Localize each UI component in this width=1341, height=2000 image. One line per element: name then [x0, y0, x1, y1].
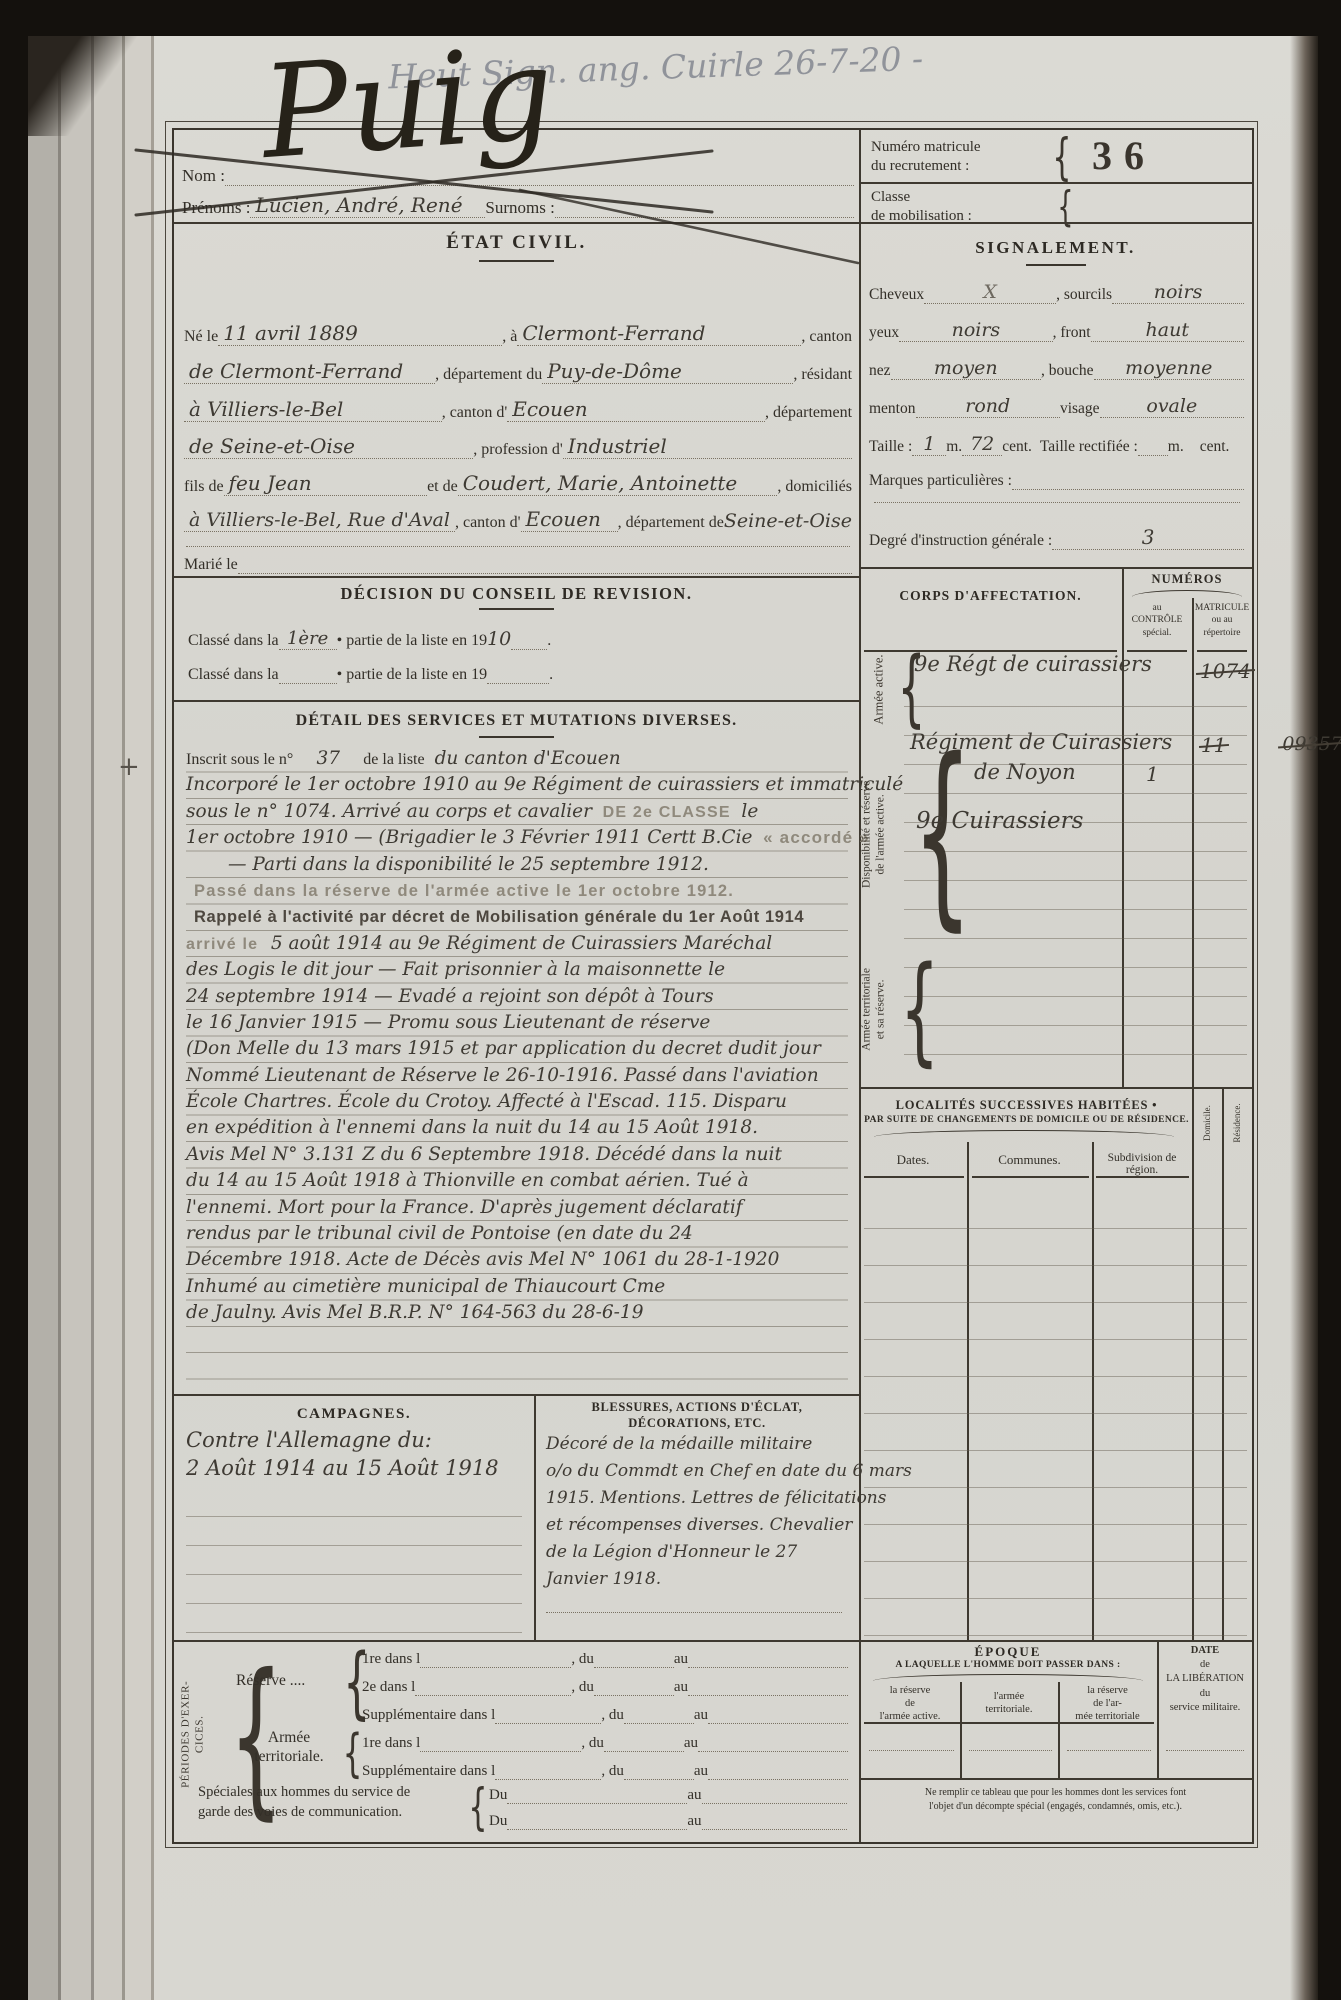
taille-row: Taille : 1 m. 72 cent. Taille rectifiée …	[869, 428, 1244, 456]
residence-value: à Villiers-le-Bel	[184, 397, 442, 422]
classement-row-1: Classé dans la 1ère • partie de la liste…	[188, 622, 748, 650]
residence-canton-value: Ecouen	[507, 397, 765, 422]
localites-brace	[874, 1130, 1174, 1138]
label: , canton	[801, 328, 852, 346]
label: nez	[869, 362, 891, 380]
hline	[864, 1722, 1154, 1724]
label: au	[674, 1651, 688, 1668]
blank-line	[186, 528, 850, 547]
epoque-subtitle: A LAQUELLE L'HOMME DOIT PASSER DANS :	[859, 1660, 1157, 1670]
label: , du	[571, 1679, 594, 1696]
label: .	[547, 632, 551, 650]
line	[507, 1829, 687, 1830]
residence-row: à Villiers-le-Bel , canton d' Ecouen , d…	[184, 394, 852, 422]
father-value: feu Jean	[224, 471, 428, 496]
label: au	[687, 1813, 701, 1830]
campagnes-line-2: 2 Août 1914 au 15 Août 1918	[186, 1456, 499, 1480]
blessures-subtitle: DÉCORATIONS, ETC.	[536, 1416, 858, 1431]
label: Taille :	[869, 438, 912, 456]
header-bottom-line	[174, 222, 1252, 224]
label: Du	[489, 1787, 507, 1804]
reserve-row-3: Supplémentaire dans l , du au	[362, 1700, 848, 1724]
service-line: en expédition à l'ennemi dans la nuit du…	[186, 1115, 848, 1141]
service-line: École Chartres. École du Crotoy. Affecté…	[186, 1089, 848, 1115]
label: , sourcils	[1056, 286, 1112, 304]
reserve-label: Réserve ....	[236, 1672, 305, 1690]
inscrit-num-value: 37	[293, 746, 363, 772]
epoque-col-3: la réservede l'ar-mée territoriale	[1060, 1684, 1155, 1723]
line	[698, 1751, 848, 1752]
line	[420, 1751, 581, 1752]
book-page-edges	[28, 36, 58, 2000]
line	[420, 1667, 571, 1668]
label: de la liste	[363, 747, 424, 773]
line	[624, 1779, 694, 1780]
residence-col-label: Résidence.	[1232, 1091, 1242, 1155]
title-dash	[1026, 264, 1086, 266]
right-shadow	[1290, 36, 1318, 2000]
campagnes-title: CAMPAGNES.	[174, 1406, 534, 1423]
surnoms-label: Surnoms :	[485, 198, 554, 218]
decision-title: DÉCISION DU CONSEIL DE REVISION.	[174, 584, 859, 604]
page-edge	[61, 36, 91, 2000]
territoriale-label: Arméeterritoriale.	[234, 1728, 344, 1767]
reserve-row-2: 2e dans l , du au	[362, 1672, 848, 1696]
blank-cell	[869, 1738, 954, 1751]
hline	[864, 1176, 964, 1178]
label: 1re dans l	[362, 1735, 420, 1752]
service-line: des Logis le dit jour — Fait prisonnier …	[186, 957, 848, 983]
territoriale-row-2: Supplémentaire dans l , du au	[362, 1756, 848, 1780]
controle-11: 11	[1201, 733, 1226, 757]
birth-date-value: 11 avril 1889	[218, 321, 502, 346]
stamp-mobilisation: Rappelé à l'activité par décret de Mobil…	[186, 904, 848, 930]
label: 1re dans l	[362, 1651, 420, 1668]
label: , profession d'	[473, 441, 563, 459]
services-text: Inscrit sous le n° 37 de la liste du can…	[186, 746, 848, 1394]
hline	[174, 700, 859, 702]
parents-row: fils de feu Jean et de Coudert, Marie, A…	[184, 468, 852, 496]
label: Inscrit sous le n°	[186, 747, 293, 773]
nez-value: moyen	[891, 357, 1041, 380]
label: Marié le	[184, 556, 238, 574]
label: Degré d'instruction générale :	[869, 532, 1052, 550]
label: , du	[581, 1735, 604, 1752]
prenoms-row: Prénoms : Lucien, André, René Surnoms :	[182, 188, 854, 218]
campagnes-blank-rules	[186, 1488, 522, 1634]
label: menton	[869, 400, 916, 418]
blessures-line: de la Légion d'Honneur le 27	[546, 1542, 797, 1562]
page-edge	[94, 36, 122, 2000]
label: , front	[1053, 324, 1091, 342]
campagnes-line-1: Contre l'Allemagne du:	[186, 1428, 432, 1452]
hline	[859, 1778, 1252, 1780]
service-line: Incorporé le 1er octobre 1910 au 9e Régi…	[186, 772, 848, 798]
matricule-09357: 09357	[1282, 733, 1341, 755]
text: le	[741, 801, 758, 822]
label: Né le	[184, 328, 218, 346]
visage-value: ovale	[1100, 395, 1244, 418]
service-line: du 14 au 15 Août 1918 à Thionville en co…	[186, 1168, 848, 1194]
brace-icon: {	[900, 951, 939, 1069]
text: sous le n° 1074. Arrivé au corps et cava…	[186, 801, 592, 822]
hline	[972, 1176, 1089, 1178]
text: 1er octobre 1910 — (Brigadier le 3 Févri…	[186, 827, 752, 848]
label: , à	[502, 328, 517, 346]
subdivision-col-header: Subdivision de région.	[1094, 1152, 1190, 1176]
classement-year-value: 10	[487, 628, 511, 650]
sig-row-4: menton rond visage ovale	[869, 390, 1244, 418]
bottom-band-line	[174, 1640, 1252, 1642]
date-col-divider	[1157, 1640, 1159, 1778]
line	[511, 649, 547, 650]
blessures-line: o/o du Commdt en Chef en date du 6 mars	[546, 1461, 912, 1481]
nom-label: Nom :	[182, 166, 225, 186]
territoriale-row-1: 1re dans l , du au	[362, 1728, 848, 1752]
front-value: haut	[1091, 319, 1244, 342]
signalement-title: SIGNALEMENT.	[859, 238, 1252, 258]
communes-col-header: Communes.	[969, 1152, 1090, 1168]
label: au	[674, 1679, 688, 1696]
brace-icon: {	[468, 1782, 487, 1832]
mother-value: Coudert, Marie, Antoinette	[458, 471, 778, 496]
matricule-label: Numéro matricule du recrutement :	[871, 138, 981, 176]
label: Taille rectifiée :	[1040, 438, 1138, 456]
sourcils-value: noirs	[1112, 281, 1244, 304]
epoque-col-2: l'arméeterritoriale.	[962, 1690, 1056, 1716]
label: fils de	[184, 478, 224, 496]
nom-line	[225, 185, 854, 186]
service-line: Avis Mel N° 3.131 Z du 6 Septembre 1918.…	[186, 1142, 848, 1168]
label: au	[694, 1763, 708, 1780]
line	[702, 1803, 847, 1804]
page-edge	[125, 36, 151, 2000]
canton-row: de Clermont-Ferrand , département du Puy…	[184, 356, 852, 384]
hline	[1197, 650, 1247, 652]
degre-row: Degré d'instruction générale : 3	[869, 522, 1244, 550]
services-title: DÉTAIL DES SERVICES ET MUTATIONS DIVERSE…	[174, 712, 859, 730]
line	[594, 1667, 674, 1668]
line	[415, 1695, 571, 1696]
group-armee-active-label: Armée active.	[872, 630, 887, 750]
inscrit-liste-value: du canton d'Ecouen	[435, 746, 621, 772]
label: • partie de la liste en 19	[337, 666, 487, 684]
epoque-col-1: la réservedel'armée active.	[862, 1684, 958, 1723]
taille-rect-line	[1138, 455, 1168, 456]
label: Du	[489, 1813, 507, 1830]
numeros-title: NUMÉROS	[1122, 572, 1252, 587]
speciales-row-2: Du au	[489, 1808, 847, 1830]
label: cent.	[1002, 438, 1032, 456]
label: Classé dans la	[188, 666, 279, 684]
label: , résidant	[793, 366, 852, 384]
service-line: l'ennemi. Mort pour la France. D'après j…	[186, 1195, 848, 1221]
matricule-1074: 1074	[1200, 659, 1251, 683]
surnoms-line	[555, 217, 854, 218]
label: , département du	[435, 366, 542, 384]
line	[495, 1723, 601, 1724]
yeux-value: noirs	[899, 319, 1052, 342]
marie-line	[238, 573, 852, 574]
line	[708, 1779, 848, 1780]
hline	[1096, 1176, 1189, 1178]
corps-row-2b: de Noyon	[974, 760, 1076, 784]
line	[594, 1695, 674, 1696]
sig-row-1: Cheveux X , sourcils noirs	[869, 276, 1244, 304]
line	[495, 1779, 601, 1780]
service-line: rendus par le tribunal civil de Pontoise…	[186, 1221, 848, 1247]
corps-row-1: 9e Régt de cuirassiers	[914, 652, 1152, 676]
service-line: (Don Melle du 13 mars 1915 et par applic…	[186, 1036, 848, 1062]
profession-row: de Seine-et-Oise , profession d' Industr…	[184, 431, 852, 459]
corps-row-2: Régiment de Cuirassiers	[910, 730, 1172, 754]
service-line: 24 septembre 1914 — Evadé a rejoint son …	[186, 984, 848, 1010]
line	[688, 1695, 848, 1696]
hline	[174, 576, 859, 578]
label: cent.	[1200, 438, 1230, 456]
line	[507, 1803, 687, 1804]
classement-row-2: Classé dans la • partie de la liste en 1…	[188, 656, 748, 684]
service-line: Inhumé au cimetière municipal de Thiauco…	[186, 1274, 848, 1300]
title-dash	[479, 260, 554, 262]
margin-plus-mark: +	[118, 752, 140, 782]
label: au	[684, 1735, 698, 1752]
service-line: sous le n° 1074. Arrivé au corps et cava…	[186, 799, 848, 825]
residence-departement-value: de Seine-et-Oise	[184, 434, 473, 459]
controle-col-header: auCONTRÔLEspécial.	[1124, 602, 1190, 639]
sig-row-2: yeux noirs , front haut	[869, 314, 1244, 342]
epoque-title: ÉPOQUE	[859, 1644, 1157, 1660]
text: 5 août 1914 au 9e Régiment de Cuirassier…	[271, 933, 772, 954]
label: , domiciliés	[777, 478, 852, 496]
label: 2e dans l	[362, 1679, 415, 1696]
birth-row: Né le 11 avril 1889 , à Clermont-Ferrand…	[184, 318, 852, 346]
controle-1: 1	[1146, 762, 1159, 786]
speciales-row-1: Du au	[489, 1782, 847, 1804]
service-line: de Jaulny. Avis Mel B.R.P. N° 164-563 du…	[186, 1300, 848, 1326]
stamp-fragment: arrivé le	[186, 936, 258, 953]
service-line: arrivé le 5 août 1914 au 9e Régiment de …	[186, 931, 848, 957]
menton-value: rond	[916, 395, 1060, 418]
service-line: — Parti dans la disponibilité le 25 sept…	[186, 852, 848, 878]
group-disponibilite-label: Disponibilité et réservede l'armée activ…	[860, 739, 889, 929]
label: , département	[765, 404, 852, 422]
localites-rows	[864, 1192, 1247, 1637]
birth-canton-value: de Clermont-Ferrand	[184, 359, 435, 384]
label: yeux	[869, 324, 899, 342]
blank-cell	[1067, 1738, 1151, 1751]
label: au	[694, 1707, 708, 1724]
label: .	[549, 666, 553, 684]
numeros-brace	[1132, 590, 1242, 598]
line	[708, 1723, 848, 1724]
dates-col-header: Dates.	[861, 1152, 965, 1168]
stamp-reserve: Passé dans la réserve de l'armée active …	[186, 878, 848, 904]
matricule-col-header: MATRICULEou aurépertoire	[1194, 602, 1250, 639]
domicile-col-label: Domicile.	[1202, 1091, 1212, 1155]
birth-place-value: Clermont-Ferrand	[517, 321, 801, 346]
brace-icon: {	[1052, 132, 1071, 182]
label: m.	[1168, 438, 1184, 456]
matricule-value: 36	[1092, 132, 1156, 179]
corps-title: CORPS D'AFFECTATION.	[859, 588, 1122, 604]
blessures-line: 1915. Mentions. Lettres de félicitations	[546, 1488, 886, 1508]
label: au	[687, 1787, 701, 1804]
stamp-fragment: « accordé »	[763, 828, 870, 847]
label: , du	[601, 1763, 624, 1780]
taille-m-value: 1	[912, 433, 946, 456]
signalement-bottom-line	[859, 567, 1252, 569]
corps-row-3: 9e Cuirassiers	[916, 808, 1083, 834]
label: , du	[601, 1707, 624, 1724]
title-dash	[479, 608, 554, 610]
reserve-row-1: 1re dans l , du au	[362, 1644, 848, 1668]
etat-civil-title: ÉTAT CIVIL.	[174, 232, 859, 254]
hline	[859, 182, 1252, 184]
matricule-form: Nom : Prénoms : Lucien, André, René Surn…	[172, 128, 1254, 1844]
service-line: Nommé Lieutenant de Réserve le 26-10-191…	[186, 1063, 848, 1089]
classe-label: Classe de mobilisation :	[871, 188, 972, 226]
profession-value: Industriel	[563, 434, 852, 459]
brace-icon: {	[343, 1728, 363, 1780]
degre-value: 3	[1052, 525, 1244, 550]
label: visage	[1060, 400, 1100, 418]
blessures-title: BLESSURES, ACTIONS D'ÉCLAT,	[536, 1400, 858, 1415]
line	[487, 683, 549, 684]
title-dash	[479, 736, 554, 738]
label: • partie de la liste en 19	[337, 632, 487, 650]
line	[604, 1751, 684, 1752]
label: , canton d'	[442, 404, 508, 422]
epoque-note: Ne remplir ce tableau que pour les homme…	[864, 1786, 1247, 1814]
group-territoriale-label: Armée territorialeet sa réserve.	[860, 934, 889, 1084]
label: Supplémentaire dans l	[362, 1707, 495, 1724]
taille-cm-value: 72	[962, 433, 1002, 456]
marie-row: Marié le	[184, 548, 852, 574]
label: , bouche	[1041, 362, 1094, 380]
inscrit-row: Inscrit sous le n° 37 de la liste du can…	[186, 746, 848, 772]
blank-line	[546, 1598, 842, 1613]
localites-title: LOCALITÉS SUCCESSIVES HABITÉES •	[859, 1098, 1194, 1113]
birth-departement-value: Puy-de-Dôme	[542, 359, 793, 384]
blessures-line: Décoré de la médaille militaire	[546, 1434, 812, 1454]
label: m.	[946, 438, 962, 456]
blessures-line: Janvier 1918.	[546, 1569, 661, 1589]
scanned-military-record: Heut Sign. ang. Cuirle 26-7-20 - Puig + …	[0, 0, 1341, 2000]
classement-partie-value: 1ère	[279, 628, 337, 650]
blank-line	[874, 486, 1240, 503]
blessures-line: et récompenses diverses. Chevalier	[546, 1515, 852, 1535]
stamp-fragment: DE 2e CLASSE	[603, 804, 731, 821]
localites-subtitle: PAR SUITE DE CHANGEMENTS DE DOMICILE OU …	[859, 1115, 1194, 1125]
line	[702, 1829, 847, 1830]
campagnes-top-line	[174, 1394, 859, 1396]
cheveux-value: X	[924, 281, 1056, 304]
service-line: Décembre 1918. Acte de Décès avis Mel N°…	[186, 1247, 848, 1273]
speciales-label: Spéciales aux hommes du service degarde …	[198, 1782, 410, 1823]
service-line: 1er octobre 1910 — (Brigadier le 3 Févri…	[186, 825, 848, 851]
label: et de	[427, 478, 458, 496]
page-edge-line	[151, 36, 154, 2000]
date-liberation-header: DATE de LA LIBÉRATION du service militai…	[1160, 1644, 1250, 1715]
prenoms-value: Lucien, André, René	[250, 193, 485, 218]
label: Classé dans la	[188, 632, 279, 650]
surname-signature: Puig	[258, 30, 558, 178]
line	[688, 1667, 848, 1668]
sig-row-3: nez moyen , bouche moyenne	[869, 352, 1244, 380]
epoque-brace	[873, 1674, 1143, 1682]
prenoms-label: Prénoms :	[182, 198, 250, 218]
label: , du	[571, 1651, 594, 1668]
bouche-value: moyenne	[1094, 357, 1244, 380]
label: Cheveux	[869, 286, 924, 304]
service-line: le 16 Janvier 1915 — Promu sous Lieutena…	[186, 1010, 848, 1036]
line	[279, 683, 337, 684]
blank-cell	[969, 1738, 1052, 1751]
blank-cell	[1166, 1738, 1244, 1751]
line	[624, 1723, 694, 1724]
